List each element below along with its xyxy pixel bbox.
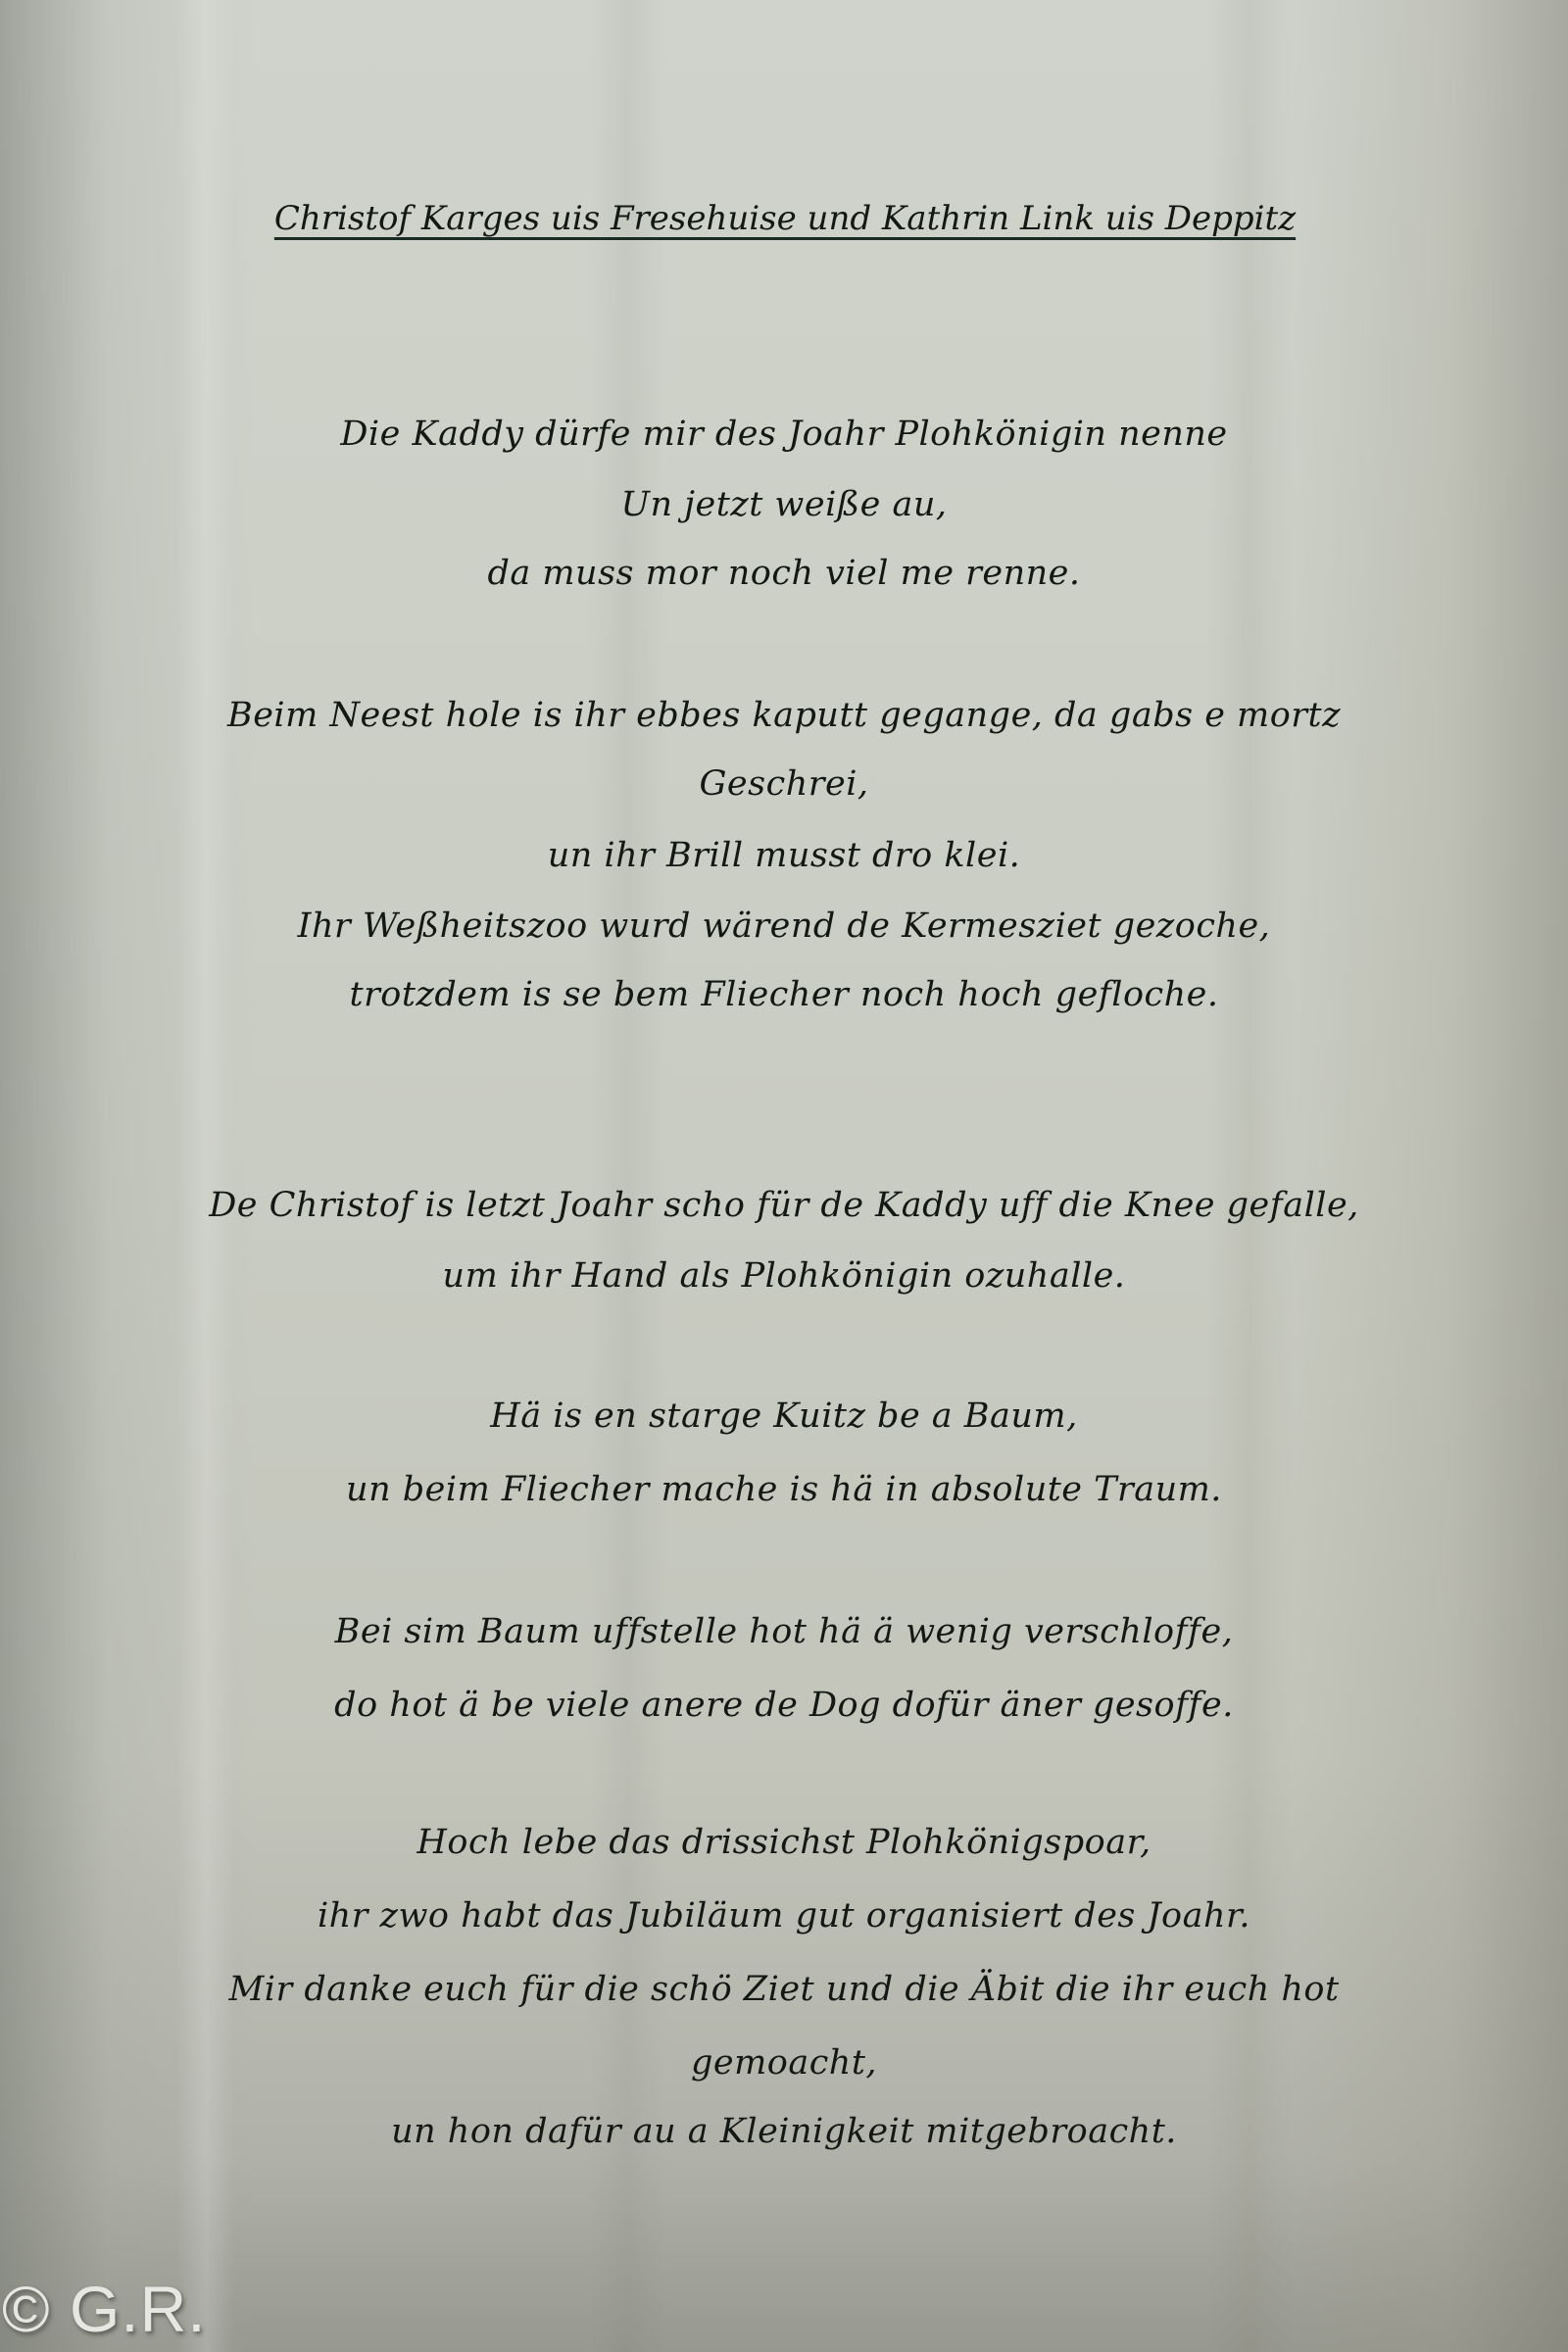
poem-page: Christof Karges uis Fresehuise und Kathr…	[0, 0, 1568, 2352]
copyright-watermark: © G.R.	[2, 2272, 207, 2346]
poem-line: un hon dafür au a Kleinigkeit mitgebroac…	[0, 2107, 1568, 2156]
poem-line: trotzdem is se bem Fliecher noch hoch ge…	[0, 970, 1568, 1019]
poem-title: Christof Karges uis Fresehuise und Kathr…	[0, 194, 1568, 243]
poem-line: Ihr Weßheitszoo wurd wärend de Kermeszie…	[0, 902, 1568, 951]
poem-line: De Christof is letzt Joahr scho für de K…	[0, 1181, 1568, 1230]
poem-line: Bei sim Baum uffstelle hot hä ä wenig ve…	[0, 1607, 1568, 1656]
poem-line: Un jetzt weiße au,	[0, 480, 1568, 529]
poem-line: do hot ä be viele anere de Dog dofür äne…	[0, 1681, 1568, 1730]
poem-line: um ihr Hand als Plohkönigin ozuhalle.	[0, 1251, 1568, 1300]
poem-title-text: Christof Karges uis Fresehuise und Kathr…	[272, 199, 1296, 238]
poem-line: Die Kaddy dürfe mir des Joahr Plohkönigi…	[0, 410, 1568, 459]
poem-line: ihr zwo habt das Jubiläum gut organisier…	[0, 1891, 1568, 1940]
poem-line: Hoch lebe das drissichst Plohkönigspoar,	[0, 1818, 1568, 1867]
poem-line: un ihr Brill musst dro klei.	[0, 831, 1568, 880]
poem-line: Geschrei,	[0, 759, 1568, 808]
poem-line: Hä is en starge Kuitz be a Baum,	[0, 1392, 1568, 1441]
poem-line: Beim Neest hole is ihr ebbes kaputt gega…	[0, 691, 1568, 740]
poem-line: un beim Fliecher mache is hä in absolute…	[0, 1465, 1568, 1514]
poem-line: gemoacht,	[0, 2038, 1568, 2087]
poem-line: da muss mor noch viel me renne.	[0, 549, 1568, 598]
poem-line: Mir danke euch für die schö Ziet und die…	[0, 1965, 1568, 2014]
